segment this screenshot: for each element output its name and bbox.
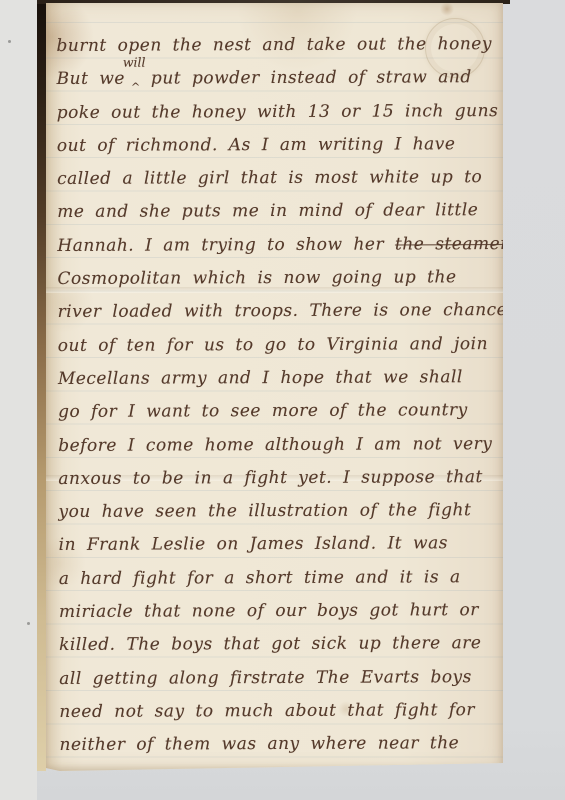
line-text: killed. The boys that got sick up there … xyxy=(59,633,481,655)
line-text: called a little girl that is most white … xyxy=(57,167,482,189)
line-text: all getting along firstrate The Evarts b… xyxy=(59,667,472,689)
line-text: put powder instead of straw and xyxy=(151,67,472,88)
handwriting-line: Hannah. I am trying to show her the stea… xyxy=(57,228,498,263)
handwriting-line: Mecellans army and I hope that we shall xyxy=(58,361,499,396)
scanned-letter-page: burnt open the nest and take out the hon… xyxy=(0,0,565,800)
dust-speck xyxy=(27,622,30,625)
handwriting-line: Cosmopolitan which is now going up the xyxy=(57,261,498,296)
letter-paper: burnt open the nest and take out the hon… xyxy=(46,3,503,771)
line-text: Cosmopolitan which is now going up the xyxy=(57,267,456,289)
line-text: poke out the honey with 13 or 15 inch gu… xyxy=(57,101,499,123)
line-text: But we xyxy=(57,69,125,89)
handwriting-line: But wewill^put powder instead of straw a… xyxy=(57,61,498,96)
handwriting-line: anxous to be in a fight yet. I suppose t… xyxy=(58,461,499,496)
handwriting-line: before I come home although I am not ver… xyxy=(58,428,499,463)
line-text: out of ten for us to go to Virginia and … xyxy=(58,334,488,356)
handwriting-line: called a little girl that is most white … xyxy=(57,161,498,196)
line-text: a hard fight for a short time and it is … xyxy=(59,567,461,589)
handwritten-text-block: burnt open the nest and take out the hon… xyxy=(56,28,500,762)
handwriting-line: neither of them was any where near the xyxy=(59,727,500,762)
line-text: in Frank Leslie on James Island. It was xyxy=(59,534,448,556)
line-text: Hannah. I am trying to show her xyxy=(57,234,395,255)
handwriting-line: in Frank Leslie on James Island. It was xyxy=(59,527,500,562)
handwriting-line: me and she puts me in mind of dear littl… xyxy=(57,195,498,230)
handwriting-line: all getting along firstrate The Evarts b… xyxy=(59,661,500,696)
handwriting-line: out of richmond. As I am writing I have xyxy=(57,128,498,163)
line-text: go for I want to see more of the country xyxy=(58,400,468,422)
line-text: before I come home although I am not ver… xyxy=(58,434,492,456)
handwriting-line: miriacle that none of our boys got hurt … xyxy=(59,594,500,629)
handwriting-line: you have seen the illustration of the fi… xyxy=(58,494,499,529)
handwriting-line: need not say to much about that fight fo… xyxy=(59,694,500,729)
line-text: neither of them was any where near the xyxy=(59,733,459,755)
line-text: me and she puts me in mind of dear littl… xyxy=(57,201,478,223)
handwriting-line: out of ten for us to go to Virginia and … xyxy=(58,328,499,363)
line-text: river loaded with troops. There is one c… xyxy=(58,300,508,322)
line-text: need not say to much about that fight fo… xyxy=(59,700,475,722)
line-text: out of richmond. As I am writing I have xyxy=(57,134,456,156)
page-edge-left-shadow xyxy=(37,0,46,771)
line-text: miriacle that none of our boys got hurt … xyxy=(59,600,479,622)
line-text: you have seen the illustration of the fi… xyxy=(58,500,471,522)
handwriting-line: river loaded with troops. There is one c… xyxy=(58,294,499,329)
insertion-caret: ^ xyxy=(131,71,141,104)
handwriting-line: go for I want to see more of the country xyxy=(58,394,499,429)
line-text: Mecellans army and I hope that we shall xyxy=(58,367,463,389)
struck-text: the steamer xyxy=(395,234,509,254)
handwriting-line: killed. The boys that got sick up there … xyxy=(59,627,500,662)
scanner-background-left xyxy=(0,0,37,800)
dust-speck xyxy=(8,40,11,43)
handwriting-line: poke out the honey with 13 or 15 inch gu… xyxy=(57,95,498,130)
handwriting-line: a hard fight for a short time and it is … xyxy=(59,561,500,596)
insertion-mark: will^ xyxy=(125,67,151,84)
line-text: burnt open the nest and take out the hon… xyxy=(56,34,492,56)
line-text: anxous to be in a fight yet. I suppose t… xyxy=(58,467,483,489)
